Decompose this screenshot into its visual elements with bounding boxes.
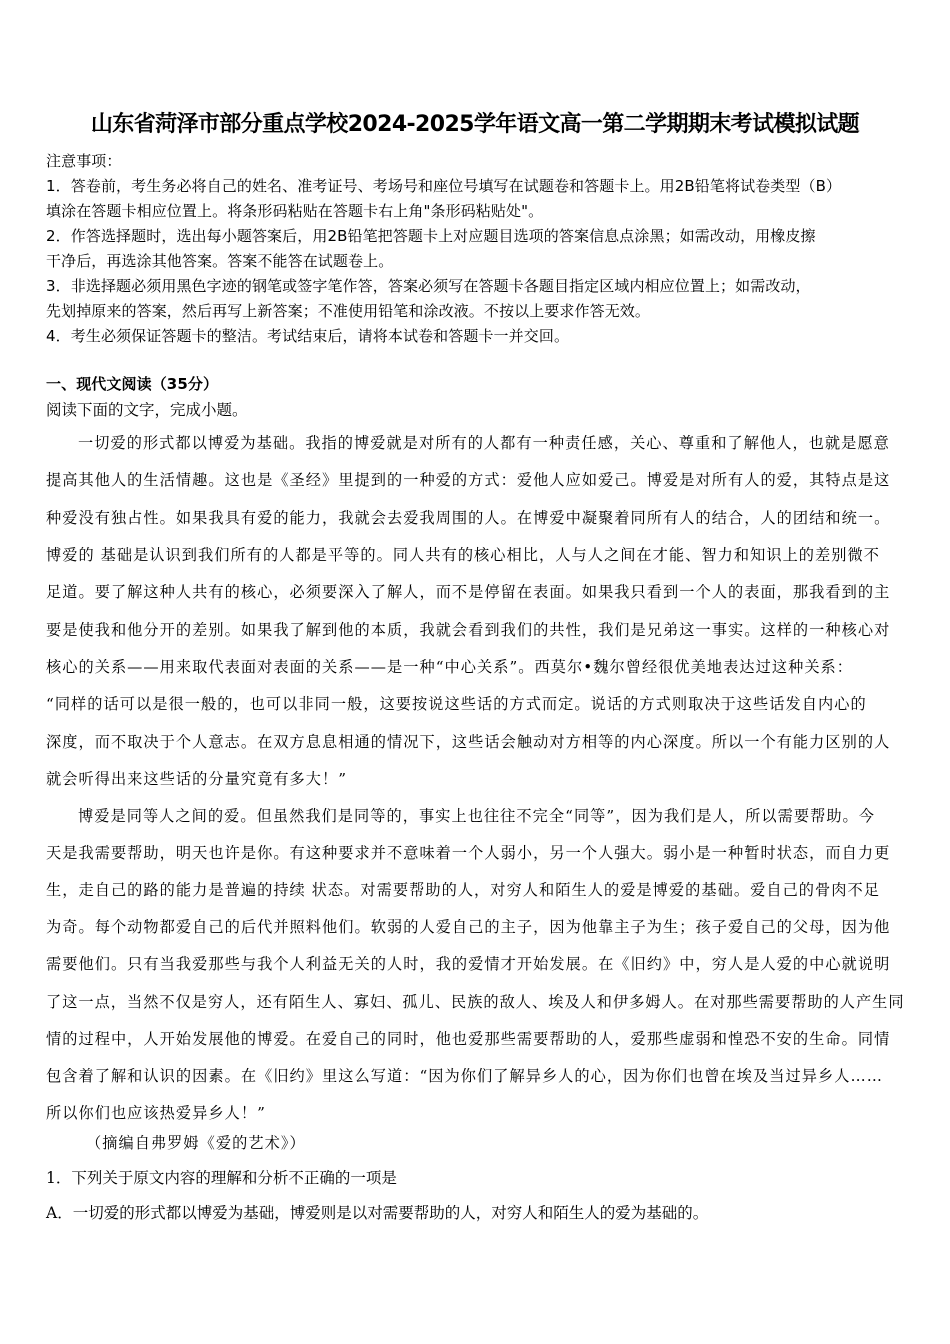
- passage-line: 情的过程中，人开始发展他的博爱。在爱自己的同时，他也爱那些需要帮助的人，爱那些虚…: [46, 1027, 890, 1051]
- exam-page: 山东省菏泽市部分重点学校2024-2025学年语文高一第二学期期末考试模拟试题 …: [0, 0, 950, 1344]
- question-stem: 1．下列关于原文内容的理解和分析不正确的一项是: [46, 1166, 397, 1190]
- notice-line: 填涂在答题卡相应位置上。将条形码粘贴在答题卡右上角"条形码粘贴处"。: [46, 199, 543, 223]
- notice-line: 2．作答选择题时，选出每小题答案后，用2B铅笔把答题卡上对应题目选项的答案信息点…: [46, 224, 816, 248]
- passage-line: 所以你们也应该热爱异乡人！”: [46, 1101, 266, 1125]
- notice-heading: 注意事项：: [46, 149, 122, 173]
- passage-line: 了这一点，当然不仅是穷人，还有陌生人、寡妇、孤儿、民族的敌人、埃及人和伊多姆人。…: [46, 990, 905, 1014]
- passage-line: 深度，而不取决于个人意志。在双方息息相通的情况下，这些话会触动对方相等的内心深度…: [46, 730, 890, 754]
- notice-line: 3．非选择题必须用黑色字迹的钢笔或签字笔作答，答案必须写在答题卡各题目指定区域内…: [46, 274, 811, 298]
- section-instruction: 阅读下面的文字，完成小题。: [46, 398, 248, 422]
- passage-line: 核心的关系——用来取代表面对表面的关系——是一种“中心关系”。西莫尔•魏尔曾经很…: [46, 655, 853, 679]
- passage-line: 需要他们。只有当我爱那些与我个人利益无关的人时，我的爱情才开始发展。在《旧约》中…: [46, 952, 890, 976]
- notice-line: 先划掉原来的答案，然后再写上新答案；不准使用铅笔和涂改液。不按以上要求作答无效。: [46, 299, 650, 323]
- passage-source: （摘编自弗罗姆《爱的艺术》）: [86, 1131, 306, 1155]
- page-title: 山东省菏泽市部分重点学校2024-2025学年语文高一第二学期期末考试模拟试题: [0, 110, 950, 140]
- passage-line: 提高其他人的生活情趣。这也是《圣经》里提到的一种爱的方式：爱他人应如爱己。博爱是…: [46, 468, 890, 492]
- passage-line: 足道。要了解这种人共有的核心，必须要深入了解人，而不是停留在表面。如果我只看到一…: [46, 580, 890, 604]
- passage-line: 博爱是同等人之间的爱。但虽然我们是同等的，事实上也往往不完全“同等”，因为我们是…: [78, 804, 875, 828]
- passage-line: 一切爱的形式都以博爱为基础。我指的博爱就是对所有的人都有一种责任感，关心、尊重和…: [78, 431, 890, 455]
- section-heading: 一、现代文阅读（35分）: [46, 372, 218, 396]
- question-option-a: A．一切爱的形式都以博爱为基础，博爱则是以对需要帮助的人，对穷人和陌生人的爱为基…: [46, 1201, 708, 1225]
- passage-line: 包含着了解和认识的因素。在《旧约》里这么写道：“因为你们了解异乡人的心，因为你们…: [46, 1064, 883, 1088]
- passage-line: 博爱的 基础是认识到我们所有的人都是平等的。同人共有的核心相比，人与人之间在才能…: [46, 543, 880, 567]
- notice-line: 干净后，再选涂其他答案。答案不能答在试题卷上。: [46, 249, 393, 273]
- notice-line: 4．考生必须保证答题卡的整洁。考试结束后，请将本试卷和答题卡一并交回。: [46, 324, 569, 348]
- passage-line: 种爱没有独占性。如果我具有爱的能力，我就会去爱我周围的人。在博爱中凝聚着同所有人…: [46, 506, 890, 530]
- passage-line: 就会听得出来这些话的分量究竟有多大！”: [46, 767, 347, 791]
- passage-line: “同样的话可以是很一般的，也可以非同一般，这要按说这些话的方式而定。说话的方式则…: [46, 692, 867, 716]
- passage-line: 天是我需要帮助，明天也许是你。有这种要求并不意味着一个人弱小，另一个人强大。弱小…: [46, 841, 890, 865]
- passage-line: 为奇。每个动物都爱自己的后代并照料他们。软弱的人爱自己的主子，因为他靠主子为生；…: [46, 915, 890, 939]
- notice-line: 1．答卷前，考生务必将自己的姓名、准考证号、考场号和座位号填写在试题卷和答题卡上…: [46, 174, 841, 198]
- passage-line: 生，走自己的路的能力是普遍的持续 状态。对需要帮助的人，对穷人和陌生人的爱是博爱…: [46, 878, 880, 902]
- passage-line: 要是使我和他分开的差别。如果我了解到他的本质，我就会看到我们的共性，我们是兄弟这…: [46, 618, 890, 642]
